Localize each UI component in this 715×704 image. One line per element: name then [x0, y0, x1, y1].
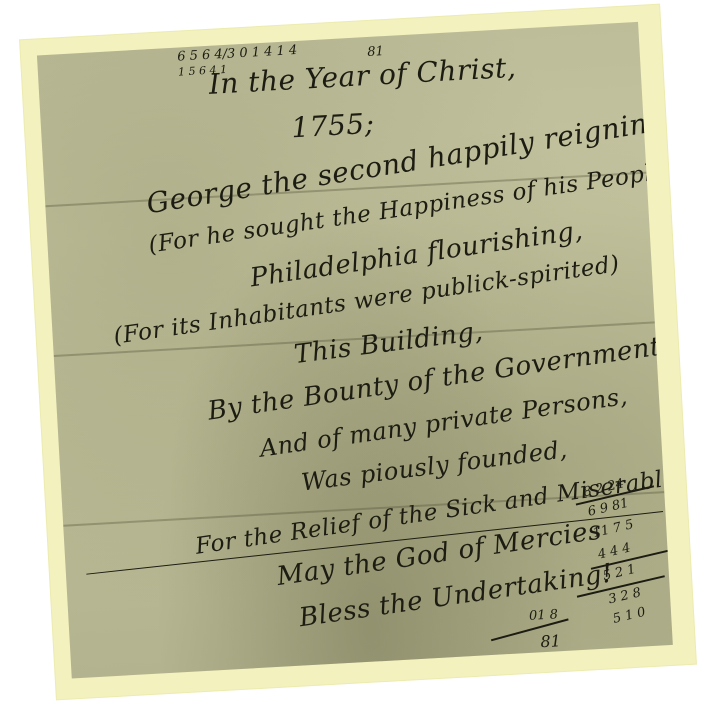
- document-mount: 6 5 6 4/3 0 1 4 1 4 1 5 6 4 1 81 In the …: [20, 5, 696, 700]
- marginal-calculation: 6 5 6 4/3 0 1 4 1 4: [177, 43, 298, 65]
- marginal-calculation: 81: [540, 631, 561, 651]
- text-line: 1755;: [290, 107, 375, 145]
- calc-row: 5 1 0: [611, 605, 647, 627]
- manuscript-page: 6 5 6 4/3 0 1 4 1 4 1 5 6 4 1 81 In the …: [37, 22, 673, 679]
